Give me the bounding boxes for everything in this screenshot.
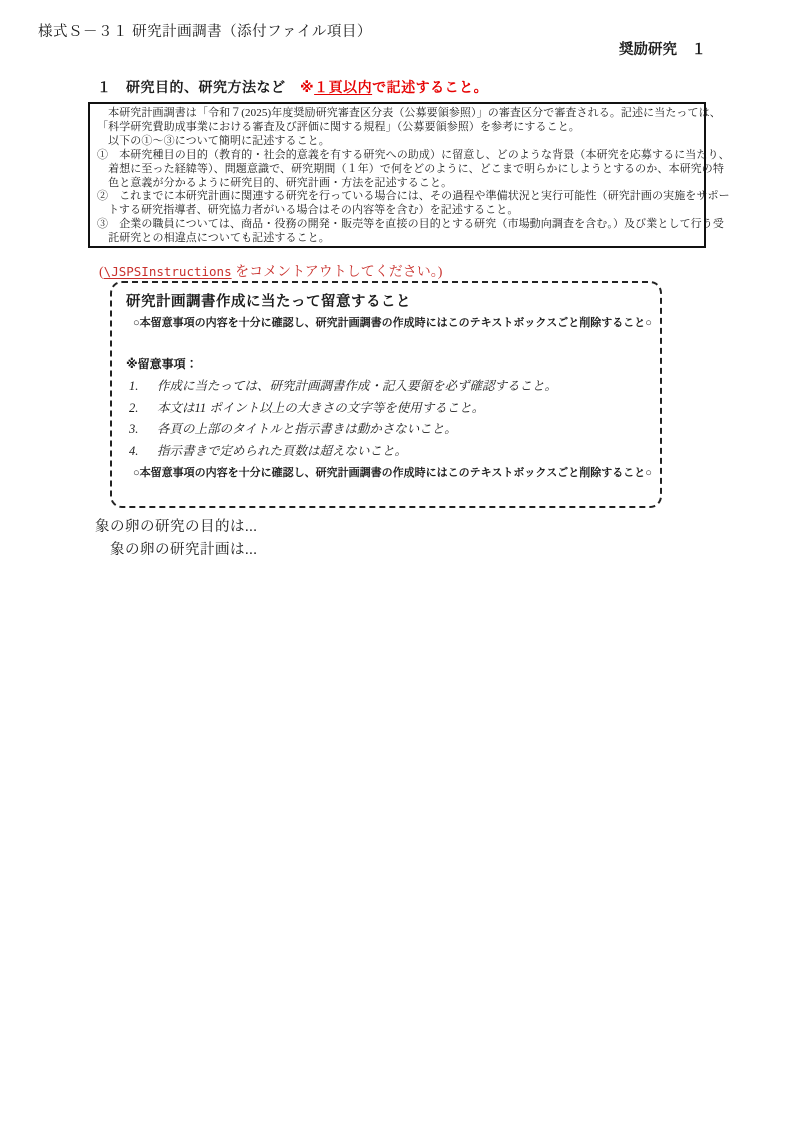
section-heading-title: １ 研究目的、研究方法など: [97, 79, 300, 95]
delete-notice-top: ○本留意事項の内容を十分に確認し、研究計画調書の作成時にはこのテキストボックスご…: [133, 314, 652, 330]
guideline-line: ① 本研究種目の目的（教育的・社会的意義を有する研究への助成）に留意し、どのよう…: [97, 149, 697, 163]
guideline-line: 以下の①～③について簡明に記述すること。: [97, 135, 697, 149]
notes-list: 1. 作成に当たっては、研究計画調書作成・記入要領を必ず確認すること。 2. 本…: [112, 376, 660, 462]
guideline-line: 着想に至った経緯等）、問題意識で、研究期間（１年）で何をどのように、どこまで明ら…: [97, 163, 697, 177]
notice-textbox: 研究計画調書作成に当たって留意すること ○本留意事項の内容を十分に確認し、研究計…: [110, 281, 662, 508]
page-limit-note-rest: で記述すること。: [372, 79, 488, 95]
comment-out-instruction: (\JSPSInstructions をコメントアウトしてください。): [99, 261, 442, 281]
page-limit-note-mark: ※: [300, 79, 314, 95]
note-text: 作成に当たっては、研究計画調書作成・記入要領を必ず確認すること。: [157, 376, 557, 398]
guidelines-box: 本研究計画調書は「令和７(2025)年度奨励研究審査区分表（公募要領参照）」の審…: [88, 102, 706, 248]
form-number-label: 様式Ｓ－３１ 研究計画調書（添付ファイル項目）: [38, 20, 372, 41]
jsps-instructions-code: \JSPSInstructions: [104, 264, 232, 279]
guideline-line: 「科学研究費助成事業における審査及び評価に関する規程」（公募要領参照）を参考にす…: [97, 121, 697, 135]
note-number: 3.: [129, 419, 138, 441]
guideline-line: トする研究指導者、研究協力者がいる場合はその内容等を含む）を記述すること。: [97, 204, 697, 218]
document-page: 様式Ｓ－３１ 研究計画調書（添付ファイル項目） 奨励研究 １ １ 研究目的、研究…: [0, 0, 794, 1123]
guideline-line: ③ 企業の職員については、商品・役務の開発・販売等を直接の目的とする研究（市場動…: [97, 218, 697, 232]
guideline-line: 託研究との相違点についても記述すること。: [97, 232, 697, 246]
note-text: 指示書きで定められた頁数は超えないこと。: [157, 441, 407, 463]
research-plan-text: 象の卵の研究計画は...: [110, 538, 257, 559]
note-number: 4.: [129, 441, 138, 463]
note-number: 2.: [129, 398, 138, 420]
notice-title: 研究計画調書作成に当たって留意すること: [126, 290, 411, 311]
note-text: 各頁の上部のタイトルと指示書きは動かさないこと。: [157, 419, 457, 441]
guideline-line: ② これまでに本研究計画に関連する研究を行っている場合には、その過程や準備状況と…: [97, 190, 697, 204]
page-limit-note-underlined: １頁以内: [314, 79, 372, 95]
program-label: 奨励研究 １: [619, 38, 706, 59]
notes-label: ※留意事項：: [126, 355, 198, 372]
note-item: 2. 本文は11 ポイント以上の大きさの文字等を使用すること。: [112, 398, 660, 420]
guideline-line: 色と意義が分かるように研究目的、研究計画・方法を記述すること。: [97, 177, 697, 191]
section-heading: １ 研究目的、研究方法など ※１頁以内で記述すること。: [97, 77, 488, 97]
guideline-line: 本研究計画調書は「令和７(2025)年度奨励研究審査区分表（公募要領参照）」の審…: [97, 107, 697, 121]
research-purpose-text: 象の卵の研究の目的は...: [95, 515, 257, 536]
note-item: 4. 指示書きで定められた頁数は超えないこと。: [112, 441, 660, 463]
comment-instruction-text: をコメントアウトしてください。): [232, 265, 443, 280]
note-number: 1.: [129, 376, 138, 398]
note-text: 本文は11 ポイント以上の大きさの文字等を使用すること。: [157, 398, 484, 420]
note-item: 1. 作成に当たっては、研究計画調書作成・記入要領を必ず確認すること。: [112, 376, 660, 398]
delete-notice-bottom: ○本留意事項の内容を十分に確認し、研究計画調書の作成時にはこのテキストボックスご…: [133, 464, 652, 480]
note-item: 3. 各頁の上部のタイトルと指示書きは動かさないこと。: [112, 419, 660, 441]
